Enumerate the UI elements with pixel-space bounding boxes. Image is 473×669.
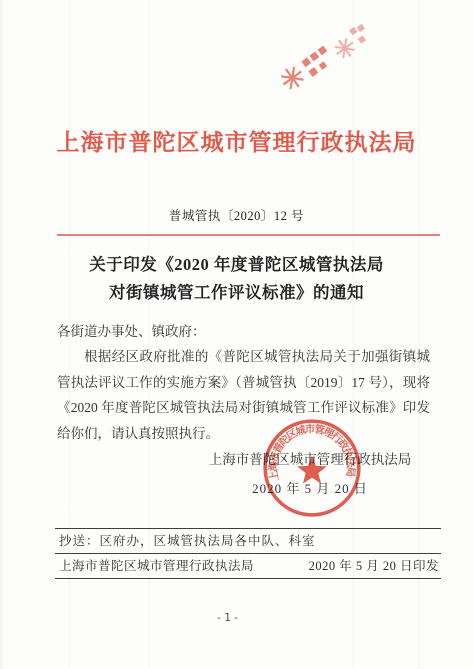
- corner-stamp-fragments-icon: [270, 16, 382, 104]
- red-divider-rule: [57, 234, 440, 236]
- print-issuer: 上海市普陀区城市管理行政执法局: [59, 554, 254, 578]
- salutation: 各街道办事处、镇政府：: [57, 319, 430, 344]
- letterhead-title: 上海市普陀区城市管理行政执法局: [0, 124, 473, 157]
- print-row: 上海市普陀区城市管理行政执法局 2020 年 5 月 20 日印发: [55, 554, 441, 578]
- cc-line: 抄送：区府办，区城管执法局各中队、科室: [55, 529, 441, 554]
- notice-title-line1: 关于印发《2020 年度普陀区城管执法局: [0, 251, 473, 279]
- body-paragraph: 根据经区政府批准的《普陀区城管执法局关于加强街镇城管执法评议工作的实施方案》（普…: [57, 344, 430, 446]
- print-date: 2020 年 5 月 20 日印发: [309, 554, 439, 578]
- page-number: -1-: [0, 611, 465, 624]
- document-number: 普城管执〔2020〕12 号: [0, 206, 473, 224]
- notice-title: 关于印发《2020 年度普陀区城管执法局 对街镇城管工作评议标准》的通知: [0, 251, 473, 306]
- official-seal: 上海市普陀区城市管理行政执法局: [261, 417, 363, 519]
- footer-box: 抄送：区府办，区城管执法局各中队、科室 上海市普陀区城市管理行政执法局 2020…: [55, 528, 441, 579]
- notice-title-line2: 对街镇城管工作评议标准》的通知: [0, 279, 473, 307]
- seal-star-icon: [297, 456, 327, 484]
- body-text: 各街道办事处、镇政府： 根据经区政府批准的《普陀区城管执法局关于加强街镇城管执法…: [57, 319, 430, 446]
- document-page: 上海市普陀区城市管理行政执法局 普城管执〔2020〕12 号 关于印发《2020…: [0, 0, 473, 669]
